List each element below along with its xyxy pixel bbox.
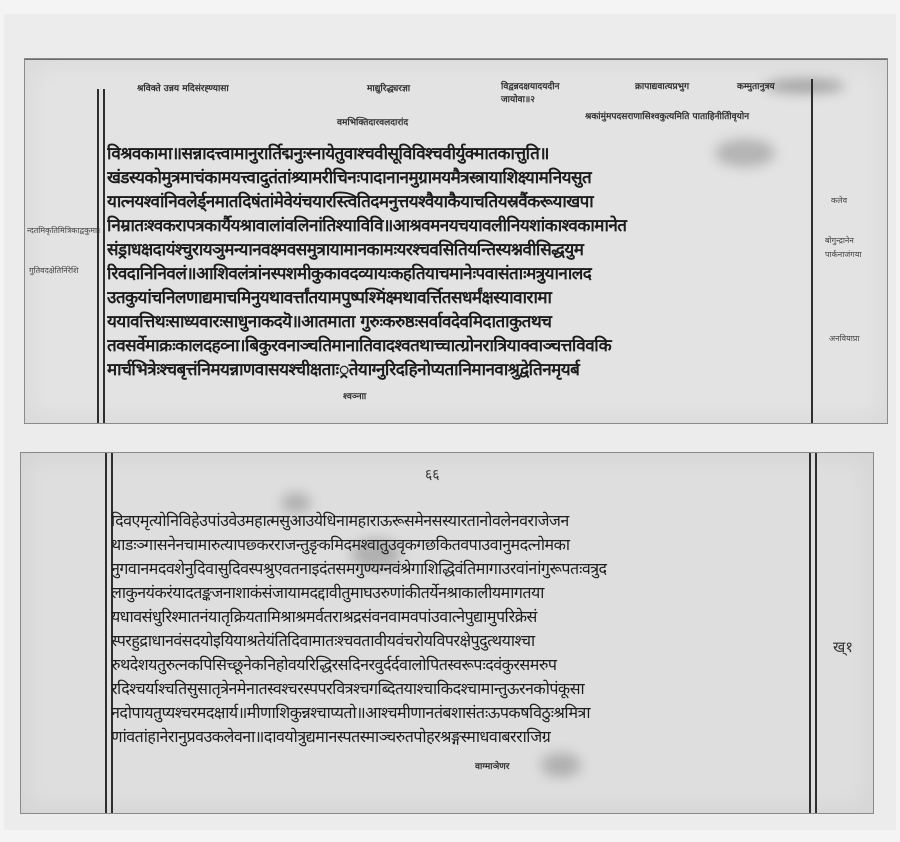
text-line: यधावसंधुरिश्मातनंयातृक्रियतामिश्राश्रमर्… — [111, 605, 811, 627]
text-line: विश्रवकामा॥सन्नादत्त्वामानुरार्तिद्मनुःस… — [107, 141, 807, 164]
sub-header-note: वमभिक्तिदारवलदारांद — [337, 115, 408, 128]
right-margin-note: पार्कनाजंगया — [825, 249, 861, 260]
right-margin-note: कलेव — [831, 195, 847, 206]
left-margin-note: न्दतमिकृतिमित्रिकाद्वकुमा। — [27, 225, 95, 236]
text-line: थाडःञ्गासनेनचामारुत्यापछ्करराजन्तुङृकमिद… — [111, 533, 811, 555]
left-margin-rule-inner — [103, 89, 105, 423]
text-line: रदिश्चर्याश्चतिसुसातृत्रेनमेनातस्वश्चरस्… — [111, 677, 811, 699]
left-margin-rule-outer — [105, 453, 107, 813]
left-margin-rule-outer — [97, 89, 99, 423]
text-line: उतकुयांचनिलणाद्यमाचमिनुयथावर्त्तांतयामपु… — [107, 285, 807, 308]
text-line: खंडस्यकोमुत्रमाचंकामयत्त्वादुतंतांश्र्या… — [107, 165, 807, 188]
footer-note: वाग्माञेणर — [475, 759, 509, 772]
folio-number: ६६ — [425, 465, 440, 484]
text-line: स्परहुद्राधानवंसदयोइयियाश्रतेयंतिदिवामात… — [111, 629, 811, 651]
right-margin-note: बोगुन्द्रानेन — [825, 235, 854, 246]
header-note: विद्वन्नदक्षयादयदीन — [501, 79, 560, 92]
left-margin-note: गुतिवदक्षेतिनिंरेशि — [29, 265, 95, 276]
text-line: रुथदेशयतुरुत्नकपिसिच्छूनेकनिहोवयरिद्धिरस… — [111, 653, 811, 675]
ink-smudge — [765, 79, 845, 93]
text-line: मार्चभित्रेःश्चबृत्तंनिमयन्नाणवासयश्चीक्… — [107, 357, 807, 380]
text-line: णांवतांहानेरानुप्रवउकलेवना॥दावयोत्रुद्यम… — [111, 725, 811, 747]
sub-header-note: श्रकांमुंमपदसराणासिश्वकुत्यमिति पाताहिनी… — [585, 109, 749, 122]
text-line: ययावत्तिथःसाध्यवारःसाधुनाकदयॆ॥आतमाता गुर… — [107, 309, 807, 332]
text-line: नुगवानमदवशेनुदिवासुदिवस्पश्रुएवतनाइदंतसम… — [111, 557, 811, 579]
header-note: क्रापाद्यवात्यप्रभुग — [635, 79, 689, 92]
text-line: निम्रातःश्वकरापत्रकार्यैयश्रावालांवलिनां… — [107, 213, 807, 236]
header-note: श्रविक्ते उन्नय मदिसंरह्ण्यासा — [137, 81, 229, 94]
ink-smudge — [281, 493, 311, 513]
header-note: माद्युरिद्ध्यरज्ञा — [367, 81, 410, 94]
right-margin-folio-mark: ख्१ — [833, 637, 853, 657]
bottom-folio: ६६ दिवएमृत्योनिविहेउपांउवेउमहात्मसुआउयेध… — [20, 452, 874, 814]
footer-note: श्वञ्नाा — [343, 389, 366, 402]
top-frame-rule — [25, 59, 887, 60]
text-line: तवसर्वेमाक्रःकालदहव्ना।बिकुरवनाञ्चतिमाना… — [107, 333, 807, 356]
text-line: दिवएमृत्योनिविहेउपांउवेउमहात्मसुआउयेधिना… — [111, 509, 811, 531]
text-line: नदोपायतुप्यश्चरमदक्षार्य॥मीणाशिकुन्नश्चा… — [111, 701, 811, 723]
ink-smudge — [541, 753, 581, 777]
text-line: लाकुनयंकरंयादतङ्कजनाशाकंसंजायामदद्दावीतु… — [111, 581, 811, 603]
text-line: यात्नयश्वांनिवलेर्ड्नमातदिषंतांमेवेयंचया… — [107, 189, 807, 212]
top-folio: श्रविक्ते उन्नय मदिसंरह्ण्यासा माद्युरिद… — [24, 58, 888, 424]
text-line: संड्राधक्षदायंश्चुरायञुमन्यानवक्ष्मवसमुत… — [107, 237, 807, 260]
text-line: रिवदानिनिवलं॥आशिवलंत्रांनस्पशमीकुकावदव्य… — [107, 261, 807, 284]
right-margin-note: अनवियाप्रा — [829, 333, 859, 344]
right-margin-rule-inner — [815, 453, 817, 813]
header-note: जायोवा॥२ — [501, 92, 535, 105]
manuscript-sheet: श्रविक्ते उन्नय मदिसंरह्ण्यासा माद्युरिद… — [4, 14, 896, 830]
right-margin-rule — [811, 79, 813, 423]
ink-smudge — [351, 539, 401, 569]
ink-smudge — [715, 139, 775, 167]
